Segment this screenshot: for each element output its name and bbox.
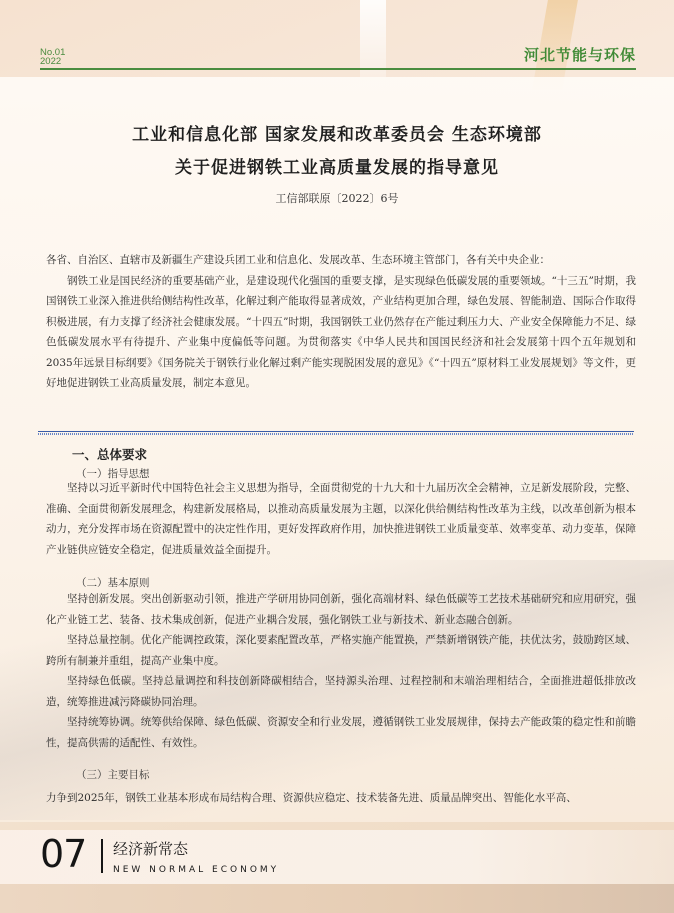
issue-year: 2022: [40, 57, 65, 66]
document-title-line1: 工业和信息化部 国家发展和改革委员会 生态环境部: [0, 120, 674, 145]
paragraph: 坚持总量控制。优化产能调控政策，深化要素配置改革，严格实施产能置换，严禁新增钢铁…: [46, 630, 636, 671]
paragraph: 坚持统筹协调。统筹供给保障、绿色低碳、资源安全和行业发展，遵循钢铁工业发展规律，…: [46, 712, 636, 753]
paragraph: 坚持创新发展。突出创新驱动引领，推进产学研用协同创新，强化高端材料、绿色低碳等工…: [46, 589, 636, 630]
issue-label: No.01 2022: [40, 48, 65, 66]
magazine-title: 河北节能与环保: [524, 44, 636, 65]
background-decoration: [0, 884, 674, 913]
paragraph: 坚持以习近平新时代中国特色社会主义思想为指导，全面贯彻党的十九大和十九届历次全会…: [46, 478, 636, 560]
section-divider: [38, 431, 634, 435]
intro-block: 各省、自治区、直辖市及新疆生产建设兵团工业和信息化、发展改革、生态环境主管部门，…: [46, 250, 636, 394]
column-title-cn: 经济新常态: [113, 838, 188, 859]
footer-separator: [101, 839, 103, 873]
principles-block: 坚持创新发展。突出创新驱动引领，推进产学研用协同创新，强化高端材料、绿色低碳等工…: [46, 589, 636, 753]
page-header: No.01 2022 河北节能与环保: [40, 34, 636, 70]
intro-paragraph: 钢铁工业是国民经济的重要基础产业，是建设现代化强国的重要支撑，是实现绿色低碳发展…: [46, 271, 636, 394]
document-number: 工信部联原〔2022〕6号: [0, 190, 674, 206]
subsection-heading: （三）主要目标: [76, 767, 150, 782]
document-title-line2: 关于促进钢铁工业高质量发展的指导意见: [0, 153, 674, 178]
paragraph: 坚持绿色低碳。坚持总量调控和科技创新降碳相结合，坚持源头治理、过程控制和末端治理…: [46, 671, 636, 712]
page-number: 07: [40, 834, 86, 874]
targets-block: 力争到2025年，钢铁工业基本形成布局结构合理、资源供应稳定、技术装备先进、质量…: [46, 788, 636, 809]
salutation: 各省、自治区、直辖市及新疆生产建设兵团工业和信息化、发展改革、生态环境主管部门，…: [46, 250, 636, 271]
column-title-en: NEW NORMAL ECONOMY: [113, 865, 279, 875]
section-heading: 一、总体要求: [72, 445, 147, 463]
subsection-heading: （二）基本原则: [76, 575, 150, 590]
guiding-thought-block: 坚持以习近平新时代中国特色社会主义思想为指导，全面贯彻党的十九大和十九届历次全会…: [46, 478, 636, 560]
paragraph: 力争到2025年，钢铁工业基本形成布局结构合理、资源供应稳定、技术装备先进、质量…: [46, 788, 636, 809]
